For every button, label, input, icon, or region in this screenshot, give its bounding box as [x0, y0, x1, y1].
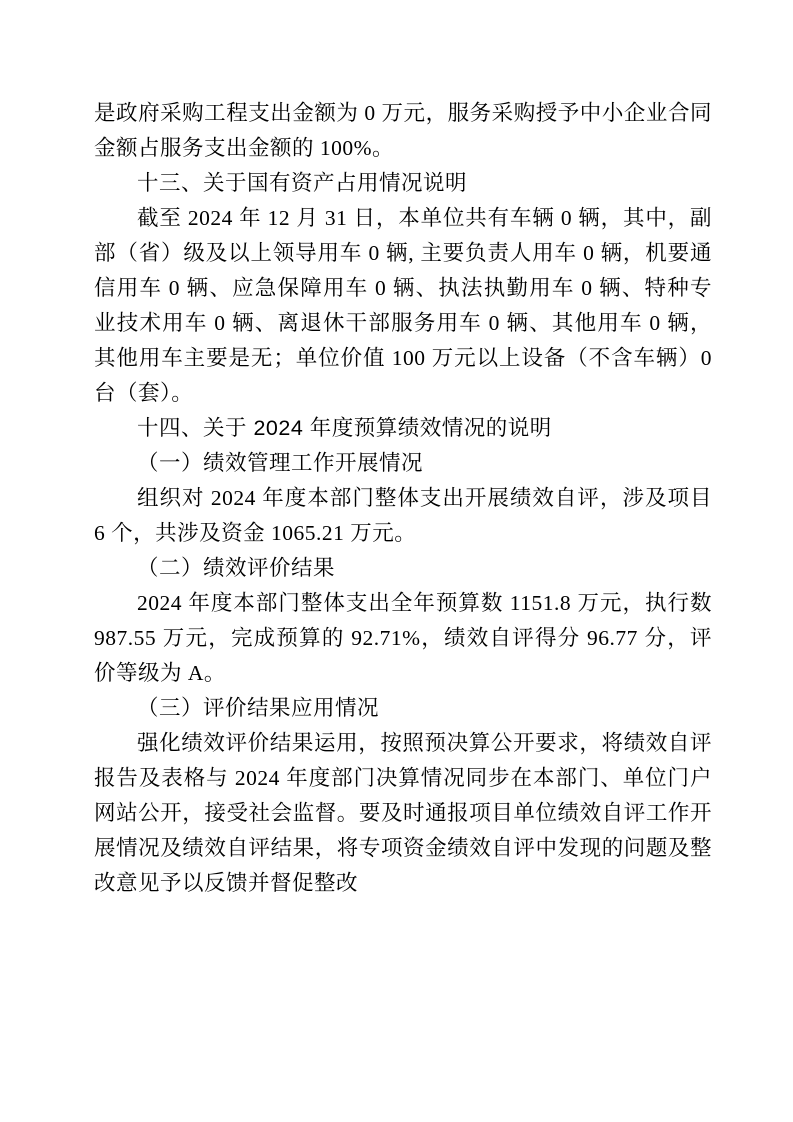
subsection-heading-2-evaluation-results: （二）绩效评价结果 [94, 551, 712, 586]
subsection-heading-3-result-application: （三）评价结果应用情况 [94, 691, 712, 726]
paragraph-evaluation-figures: 2024 年度本部门整体支出全年预算数 1151.8 万元，执行数 987.55… [94, 586, 712, 691]
section-heading-13-state-assets: 十三、关于国有资产占用情况说明 [94, 166, 712, 201]
section-heading-14-budget-performance: 十四、关于 2024 年度预算绩效情况的说明 [94, 411, 712, 446]
subsection-heading-1-performance-management: （一）绩效管理工作开展情况 [94, 446, 712, 481]
document-content: 是政府采购工程支出金额为 0 万元，服务采购授予中小企业合同金额占服务支出金额的… [94, 96, 712, 901]
paragraph-vehicles-and-equipment: 截至 2024 年 12 月 31 日，本单位共有车辆 0 辆，其中，副部（省）… [94, 201, 712, 411]
paragraph-procurement-continuation: 是政府采购工程支出金额为 0 万元，服务采购授予中小企业合同金额占服务支出金额的… [94, 96, 712, 166]
document-page: 是政府采购工程支出金额为 0 万元，服务采购授予中小企业合同金额占服务支出金额的… [0, 0, 793, 1122]
paragraph-result-application-detail: 强化绩效评价结果运用，按照预决算公开要求，将绩效自评报告及表格与 2024 年度… [94, 726, 712, 901]
paragraph-self-evaluation-scope: 组织对 2024 年度本部门整体支出开展绩效自评，涉及项目 6 个，共涉及资金 … [94, 481, 712, 551]
